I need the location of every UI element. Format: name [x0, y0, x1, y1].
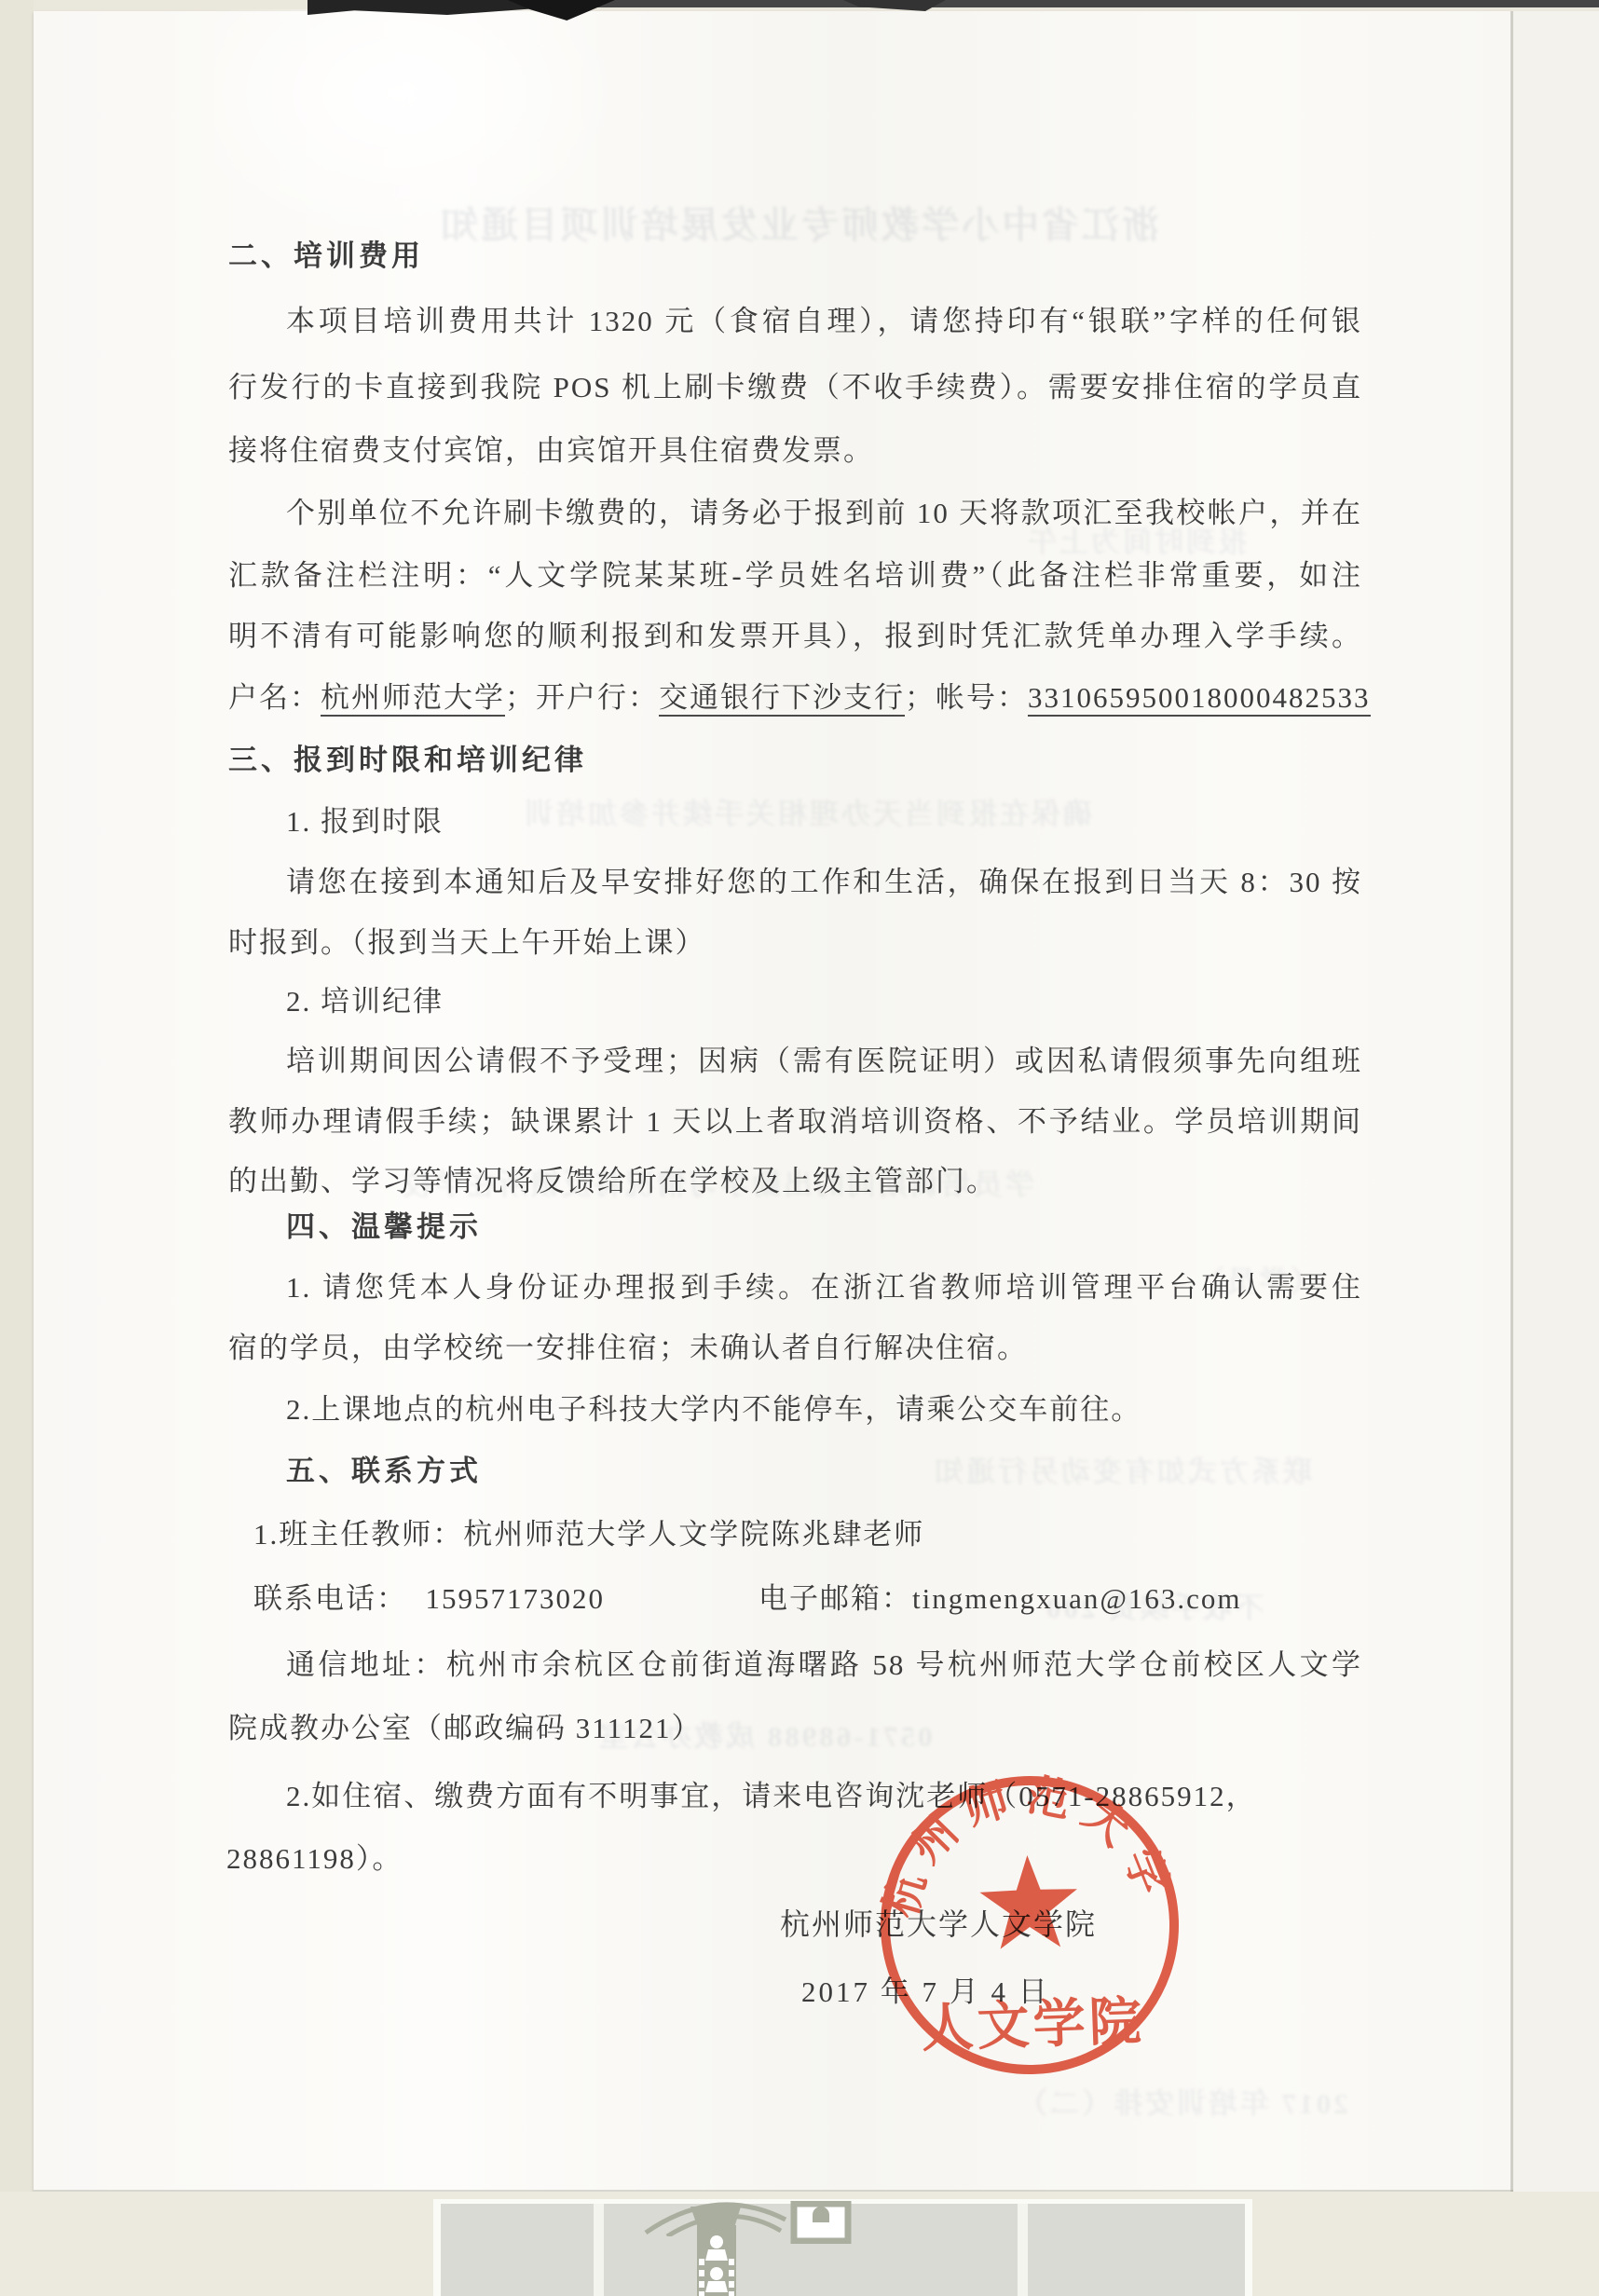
text-line: 汇款备注栏注明：“人文学院某某班-学员姓名培训费”（此备注栏非常重要，如注 — [228, 557, 1362, 594]
text-line: 联系电话： 15957173020电子邮箱：tingmengxuan@163.c… — [253, 1580, 1242, 1618]
text-line: 院成教办公室（邮政编码 311121） — [228, 1710, 702, 1747]
text-run: 联系电话： 15957173020 — [253, 1582, 605, 1615]
text-line: 的出勤、学习等情况将反馈给所在学校及上级主管部门。 — [228, 1163, 997, 1200]
text-line: 2.上课地点的杭州电子科技大学内不能停车，请乘公交车前往。 — [286, 1391, 1141, 1428]
text-run: 电子邮箱：tingmengxuan@163.com — [758, 1582, 1242, 1615]
text-line: 时报到。（报到当天上午开始上课） — [228, 924, 706, 962]
underlined-text: 331065950018000482533 — [1028, 681, 1371, 717]
text-line: 通信地址：杭州市余杭区仓前街道海曙路 58 号杭州师范大学仓前校区人文学 — [286, 1647, 1362, 1684]
section-heading: 三、报到时限和培训纪律 — [228, 742, 587, 779]
seal-bottom-text: 人文学院 — [921, 1993, 1146, 2058]
underlined-text: 交通银行下沙支行 — [659, 681, 905, 717]
text-line: 28861198）。 — [226, 1840, 403, 1878]
text-run: 户名： — [228, 681, 321, 714]
text-line: 1. 报到时限 — [286, 803, 444, 840]
text-line: 明不清有可能影响您的顺利报到和发票开具），报到时凭汇款凭单办理入学手续。 — [228, 618, 1362, 655]
text-line: 教师办理请假手续；缺课累计 1 天以上者取消培训资格、不予结业。学员培训期间 — [228, 1103, 1362, 1141]
text-line: 行发行的卡直接到我院 POS 机上刷卡缴费（不收手续费）。需要安排住宿的学员直 — [228, 369, 1362, 406]
text-line: 户名：杭州师范大学；开户行：交通银行下沙支行；帐号：33106595001800… — [228, 679, 1371, 717]
film-strip-icon — [683, 2203, 750, 2296]
text-line: 个别单位不允许刷卡缴费的，请务必于报到前 10 天将款项汇至我校帐户，并在 — [286, 495, 1362, 532]
section-heading: 四、温馨提示 — [286, 1209, 482, 1246]
text-line: 请您在接到本通知后及早安排好您的工作和生活，确保在报到日当天 8：30 按 — [286, 864, 1362, 901]
text-run: ；帐号： — [905, 681, 1028, 714]
text-line: 接将住宿费支付宾馆，由宾馆开具住宿费发票。 — [228, 432, 874, 470]
official-seal: 杭州师范大学 人文学院 — [866, 1761, 1194, 2089]
photo-frame-icon — [790, 2201, 854, 2244]
artifact-divider — [1018, 2204, 1028, 2296]
seal-star-icon — [978, 1853, 1079, 1949]
scanned-document: 浙江省中小学教师专业发展培训项目通知报到时间为上午确保在报到当天办理相关手续并参… — [0, 0, 1599, 2296]
text-line: 宿的学员，由学校统一安排住宿；未确认者自行解决住宿。 — [228, 1330, 1028, 1367]
text-line: 1. 请您凭本人身份证办理报到手续。在浙江省教师培训管理平台确认需要住 — [286, 1269, 1362, 1306]
document-text-layer: 二、培训费用本项目培训费用共计 1320 元（食宿自理），请您持印有“银联”字样… — [0, 0, 1599, 2296]
section-heading: 五、联系方式 — [286, 1453, 482, 1490]
text-line: 1.班主任教师：杭州师范大学人文学院陈兆肆老师 — [253, 1516, 924, 1553]
text-run: ；开户行： — [505, 681, 659, 714]
underlined-text: 杭州师范大学 — [321, 681, 505, 717]
text-line: 本项目培训费用共计 1320 元（食宿自理），请您持印有“银联”字样的任何银 — [286, 303, 1362, 340]
text-line: 2. 培训纪律 — [286, 983, 444, 1020]
section-heading: 二、培训费用 — [228, 238, 424, 275]
text-line: 培训期间因公请假不予受理；因病（需有医院证明）或因私请假须事先向组班 — [286, 1043, 1362, 1080]
artifact-divider — [594, 2204, 604, 2296]
